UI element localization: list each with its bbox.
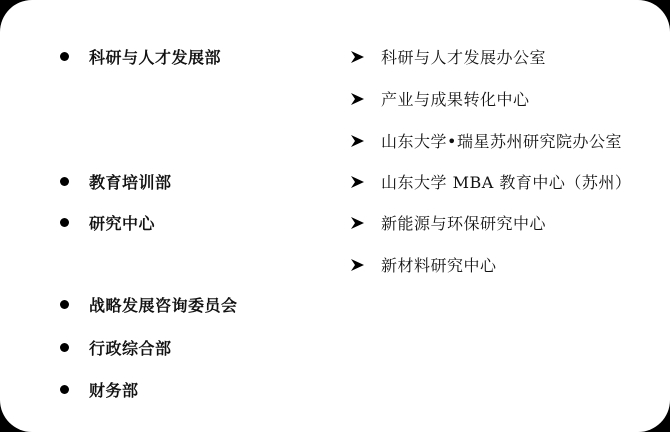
list-item: 战略发展咨询委员会 — [60, 293, 238, 316]
department-label: 科研与人才发展部 — [89, 45, 221, 68]
arrowhead-icon — [351, 134, 364, 148]
department-label: 教育培训部 — [89, 170, 172, 193]
bullet-icon — [60, 218, 69, 227]
unit-label: 山东大学•瑞星苏州研究院办公室 — [381, 129, 622, 152]
list-item: 山东大学 MBA 教育中心（苏州） — [351, 170, 631, 193]
unit-label: 新能源与环保研究中心 — [381, 211, 546, 234]
list-item: 研究中心 — [60, 211, 155, 234]
list-item: 行政综合部 — [60, 336, 172, 359]
list-item: 新材料研究中心 — [351, 253, 497, 276]
list-item: 财务部 — [60, 378, 139, 401]
content-panel: 科研与人才发展部 教育培训部 研究中心 战略发展咨询委员会 行政综合部 财务部 … — [0, 0, 670, 432]
list-item: 科研与人才发展部 — [60, 45, 221, 68]
list-item: 科研与人才发展办公室 — [351, 45, 546, 68]
unit-label: 山东大学 MBA 教育中心（苏州） — [381, 170, 631, 193]
arrowhead-icon — [351, 258, 364, 272]
list-item: 山东大学•瑞星苏州研究院办公室 — [351, 129, 622, 152]
bullet-icon — [60, 385, 69, 394]
list-item: 教育培训部 — [60, 170, 172, 193]
list-item: 新能源与环保研究中心 — [351, 211, 546, 234]
unit-label: 科研与人才发展办公室 — [381, 45, 546, 68]
department-label: 财务部 — [89, 378, 139, 401]
bullet-icon — [60, 177, 69, 186]
unit-label: 产业与成果转化中心 — [381, 87, 530, 110]
arrowhead-icon — [351, 175, 364, 189]
arrowhead-icon — [351, 216, 364, 230]
unit-label: 新材料研究中心 — [381, 253, 497, 276]
bullet-icon — [60, 52, 69, 61]
arrowhead-icon — [351, 92, 364, 106]
department-label: 行政综合部 — [89, 336, 172, 359]
arrowhead-icon — [351, 50, 364, 64]
bullet-icon — [60, 300, 69, 309]
bullet-icon — [60, 343, 69, 352]
list-item: 产业与成果转化中心 — [351, 87, 530, 110]
department-label: 战略发展咨询委员会 — [89, 293, 238, 316]
department-label: 研究中心 — [89, 211, 155, 234]
